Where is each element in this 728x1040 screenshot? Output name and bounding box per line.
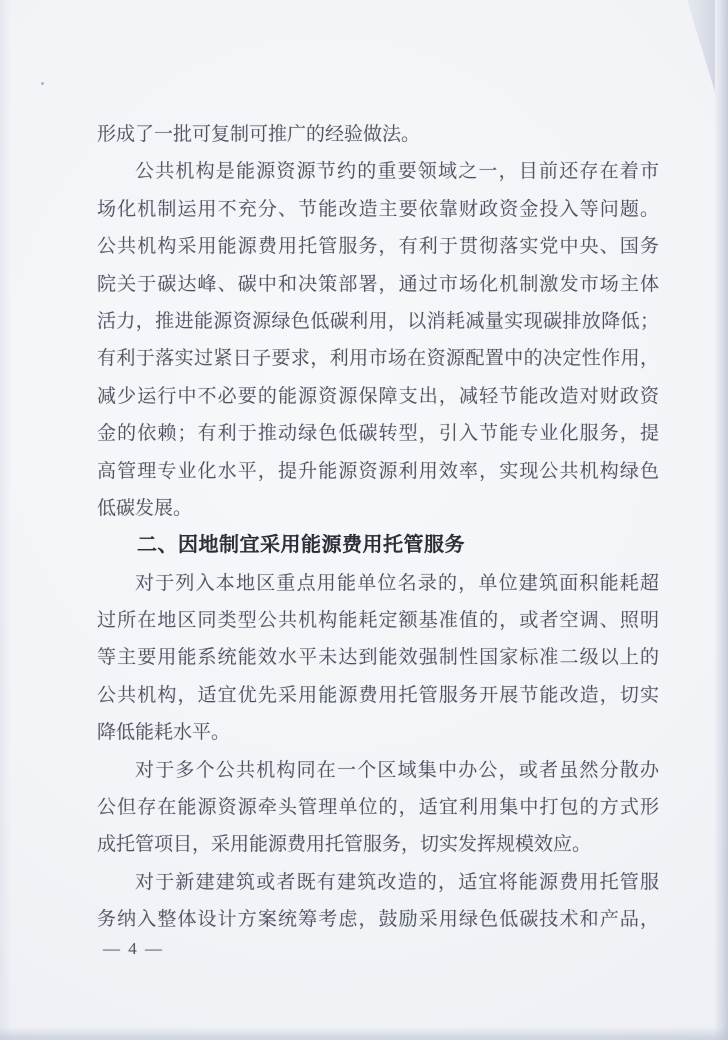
document-text-line: 对于列入本地区重点用能单位名录的，单位建筑面积能耗超	[97, 565, 659, 602]
scan-speck	[41, 82, 44, 85]
document-text-line: 金的依赖；有利于推动绿色低碳转型，引入节能专业化服务，提	[97, 415, 659, 452]
document-text-line: 公但存在能源资源牵头管理单位的，适宜利用集中打包的方式形	[97, 789, 659, 826]
document-text-line: 降低能耗水平。	[97, 714, 659, 751]
document-text-line: 减少运行中不必要的能源资源保障支出，减轻节能改造对财政资	[97, 378, 659, 415]
document-text-line: 公共机构，适宜优先采用能源费用托管服务开展节能改造，切实	[97, 677, 659, 714]
document-page: 形成了一批可复制可推广的经验做法。公共机构是能源资源节约的重要领域之一，目前还存…	[0, 0, 728, 1040]
scan-edge-left	[0, 0, 12, 1040]
section-heading: 二、因地制宜采用能源费用托管服务	[97, 527, 659, 564]
document-text-line: 场化机制运用不充分、节能改造主要依靠财政资金投入等问题。	[97, 191, 659, 228]
text-block: 形成了一批可复制可推广的经验做法。公共机构是能源资源节约的重要领域之一，目前还存…	[97, 116, 659, 939]
document-text-line: 有利于落实过紧日子要求，利用市场在资源配置中的决定性作用，	[97, 340, 659, 377]
document-text-line: 务纳入整体设计方案统筹考虑，鼓励采用绿色低碳技术和产品，	[97, 901, 659, 938]
scan-edge-right	[714, 0, 728, 1040]
document-text-line: 院关于碳达峰、碳中和决策部署，通过市场化机制激发市场主体	[97, 266, 659, 303]
document-text-line: 高管理专业化水平，提升能源资源利用效率，实现公共机构绿色	[97, 453, 659, 490]
document-text-line: 活力，推进能源资源绿色低碳利用，以消耗减量实现碳排放降低；	[97, 303, 659, 340]
document-text-line: 对于新建建筑或者既有建筑改造的，适宜将能源费用托管服	[97, 864, 659, 901]
document-text-line: 公共机构是能源资源节约的重要领域之一，目前还存在着市	[97, 153, 659, 190]
page-number: — 4 —	[103, 939, 164, 959]
scan-corner-fold	[687, 0, 715, 92]
document-text-line: 等主要用能系统能效水平未达到能效强制性国家标准二级以上的	[97, 639, 659, 676]
document-text-line: 公共机构采用能源费用托管服务，有利于贯彻落实党中央、国务	[97, 228, 659, 265]
document-text-line: 低碳发展。	[97, 490, 659, 527]
document-text-line: 成托管项目，采用能源费用托管服务，切实发挥规模效应。	[97, 826, 659, 863]
document-text-line: 过所在地区同类型公共机构能耗定额基准值的，或者空调、照明	[97, 602, 659, 639]
scan-edge-bottom	[0, 1027, 728, 1040]
document-text-line: 形成了一批可复制可推广的经验做法。	[97, 116, 659, 153]
document-text-line: 对于多个公共机构同在一个区域集中办公，或者虽然分散办	[97, 752, 659, 789]
